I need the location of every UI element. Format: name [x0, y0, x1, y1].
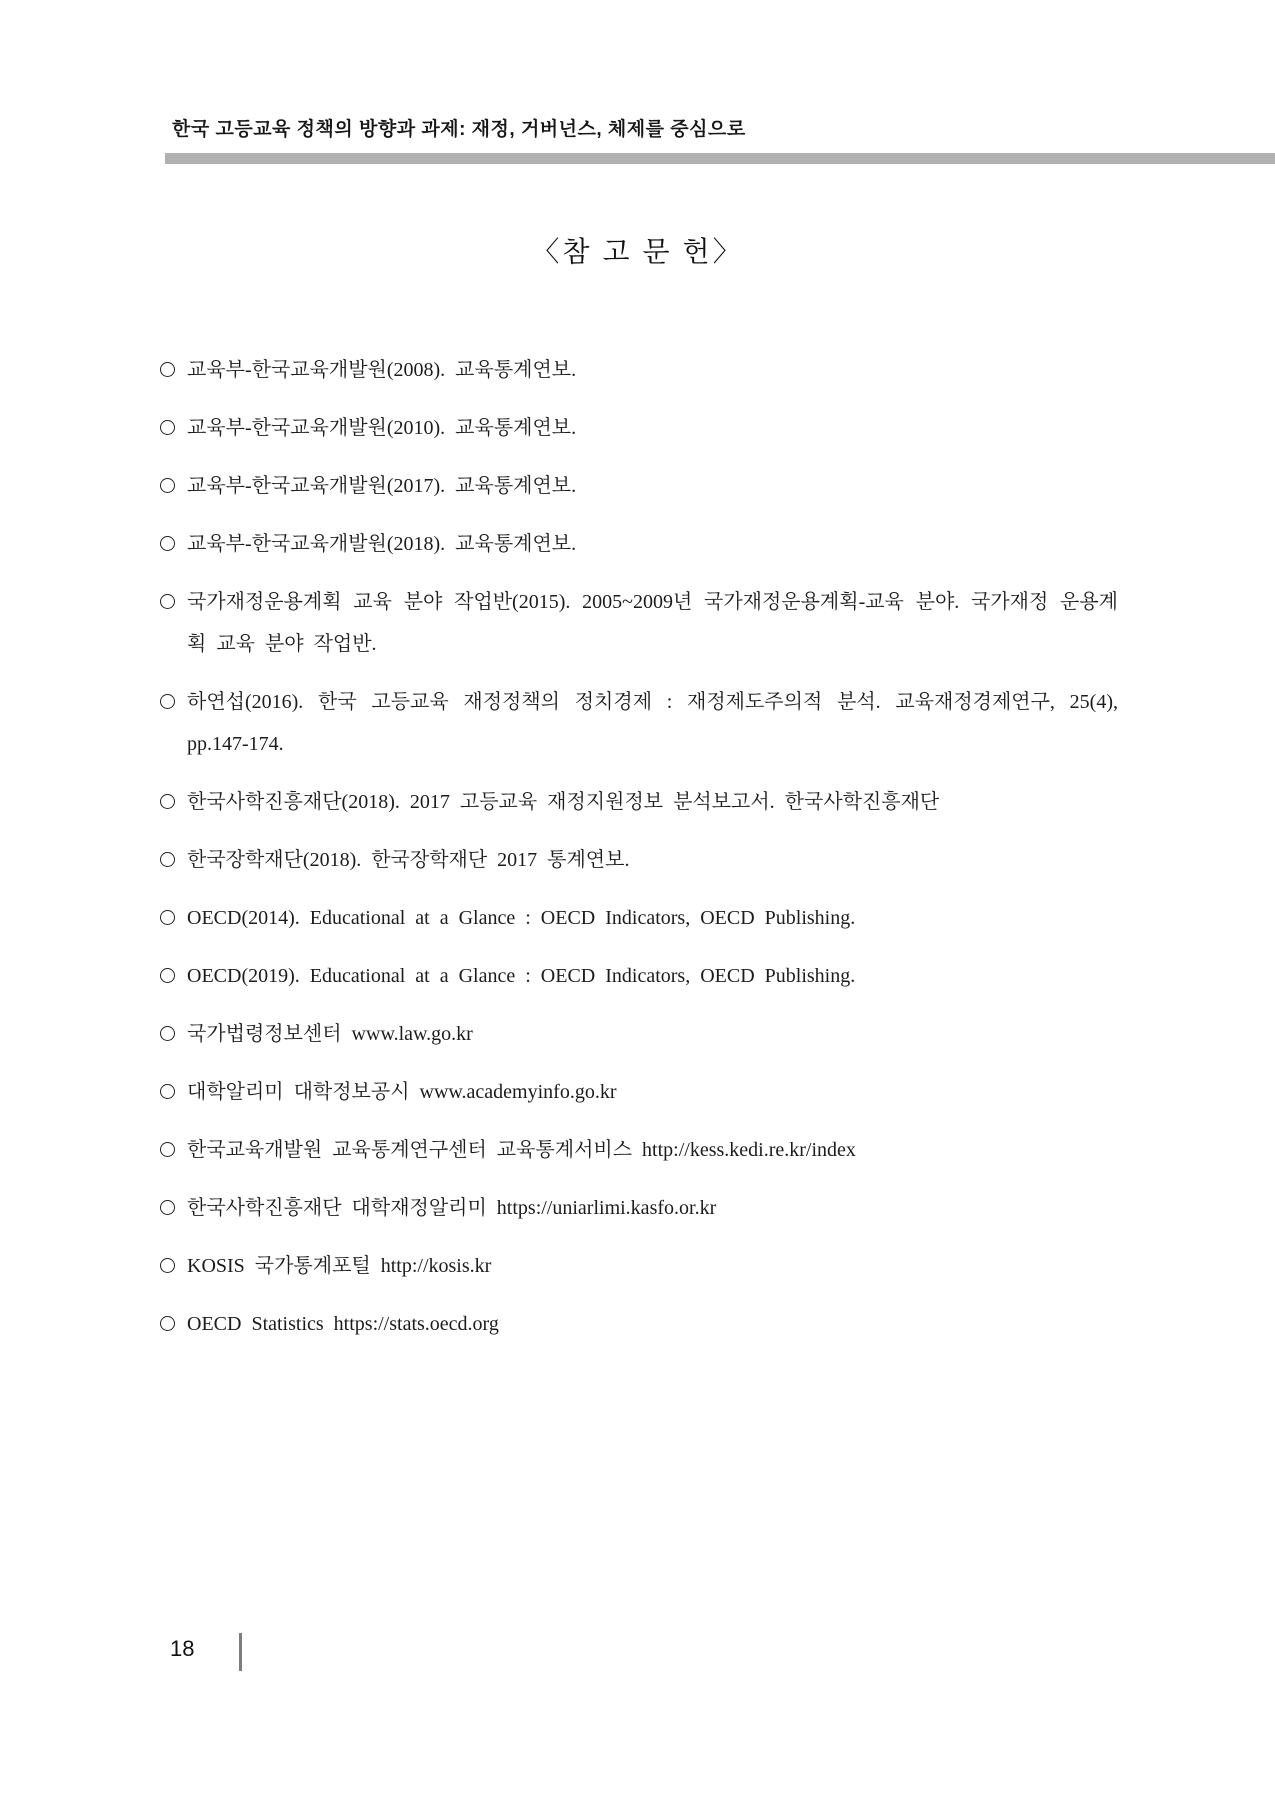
reference-text: 교육부-한국교육개발원(2008). 교육통계연보.	[187, 349, 1118, 391]
reference-text: 교육부-한국교육개발원(2010). 교육통계연보.	[187, 407, 1118, 449]
reference-item: 교육부-한국교육개발원(2010). 교육통계연보.	[160, 407, 1118, 449]
reference-item: OECD Statistics https://stats.oecd.org	[160, 1303, 1118, 1345]
reference-item: 교육부-한국교육개발원(2017). 교육통계연보.	[160, 465, 1118, 507]
circle-bullet-icon	[160, 1200, 175, 1215]
reference-text: 교육부-한국교육개발원(2018). 교육통계연보.	[187, 523, 1118, 565]
circle-bullet-icon	[160, 968, 175, 983]
section-title: 〈참 고 문 헌〉	[0, 230, 1275, 270]
reference-item: 국가재정운용계획 교육 분야 작업반(2015). 2005~2009년 국가재…	[160, 581, 1118, 665]
reference-text: 한국사학진흥재단 대학재정알리미 https://uniarlimi.kasfo…	[187, 1187, 1118, 1229]
circle-bullet-icon	[160, 478, 175, 493]
reference-text: 국가재정운용계획 교육 분야 작업반(2015). 2005~2009년 국가재…	[187, 581, 1118, 665]
reference-item: 대학알리미 대학정보공시 www.academyinfo.go.kr	[160, 1071, 1118, 1113]
circle-bullet-icon	[160, 420, 175, 435]
circle-bullet-icon	[160, 852, 175, 867]
reference-text: KOSIS 국가통계포털 http://kosis.kr	[187, 1245, 1118, 1287]
reference-text: 국가법령정보센터 www.law.go.kr	[187, 1013, 1118, 1055]
reference-text: OECD Statistics https://stats.oecd.org	[187, 1303, 1118, 1345]
reference-list: 교육부-한국교육개발원(2008). 교육통계연보. 교육부-한국교육개발원(2…	[160, 349, 1118, 1361]
reference-item: 한국사학진흥재단 대학재정알리미 https://uniarlimi.kasfo…	[160, 1187, 1118, 1229]
reference-item: OECD(2019). Educational at a Glance : OE…	[160, 955, 1118, 997]
reference-item: 교육부-한국교육개발원(2018). 교육통계연보.	[160, 523, 1118, 565]
reference-item: KOSIS 국가통계포털 http://kosis.kr	[160, 1245, 1118, 1287]
circle-bullet-icon	[160, 694, 175, 709]
circle-bullet-icon	[160, 1258, 175, 1273]
circle-bullet-icon	[160, 594, 175, 609]
reference-text: OECD(2019). Educational at a Glance : OE…	[187, 955, 1118, 997]
reference-text: 한국교육개발원 교육통계연구센터 교육통계서비스 http://kess.ked…	[187, 1129, 1118, 1171]
page-number: 18	[170, 1636, 194, 1662]
footer-divider-bar	[239, 1633, 242, 1671]
reference-text: 대학알리미 대학정보공시 www.academyinfo.go.kr	[187, 1071, 1118, 1113]
circle-bullet-icon	[160, 1142, 175, 1157]
reference-text: 한국장학재단(2018). 한국장학재단 2017 통계연보.	[187, 839, 1118, 881]
reference-item: OECD(2014). Educational at a Glance : OE…	[160, 897, 1118, 939]
reference-text: 교육부-한국교육개발원(2017). 교육통계연보.	[187, 465, 1118, 507]
running-head: 한국 고등교육 정책의 방향과 과제: 재정, 거버넌스, 체제를 중심으로	[172, 114, 746, 141]
header-divider-bar	[165, 153, 1275, 164]
reference-text: 한국사학진흥재단(2018). 2017 고등교육 재정지원정보 분석보고서. …	[187, 781, 1118, 823]
reference-item: 한국장학재단(2018). 한국장학재단 2017 통계연보.	[160, 839, 1118, 881]
circle-bullet-icon	[160, 1084, 175, 1099]
reference-item: 하연섭(2016). 한국 고등교육 재정정책의 정치경제 : 재정제도주의적 …	[160, 681, 1118, 765]
circle-bullet-icon	[160, 910, 175, 925]
circle-bullet-icon	[160, 794, 175, 809]
reference-item: 교육부-한국교육개발원(2008). 교육통계연보.	[160, 349, 1118, 391]
circle-bullet-icon	[160, 1316, 175, 1331]
circle-bullet-icon	[160, 536, 175, 551]
document-page: 한국 고등교육 정책의 방향과 과제: 재정, 거버넌스, 체제를 중심으로 〈…	[0, 0, 1275, 1801]
reference-text: 하연섭(2016). 한국 고등교육 재정정책의 정치경제 : 재정제도주의적 …	[187, 681, 1118, 765]
circle-bullet-icon	[160, 362, 175, 377]
circle-bullet-icon	[160, 1026, 175, 1041]
reference-item: 한국교육개발원 교육통계연구센터 교육통계서비스 http://kess.ked…	[160, 1129, 1118, 1171]
reference-item: 한국사학진흥재단(2018). 2017 고등교육 재정지원정보 분석보고서. …	[160, 781, 1118, 823]
reference-item: 국가법령정보센터 www.law.go.kr	[160, 1013, 1118, 1055]
reference-text: OECD(2014). Educational at a Glance : OE…	[187, 897, 1118, 939]
